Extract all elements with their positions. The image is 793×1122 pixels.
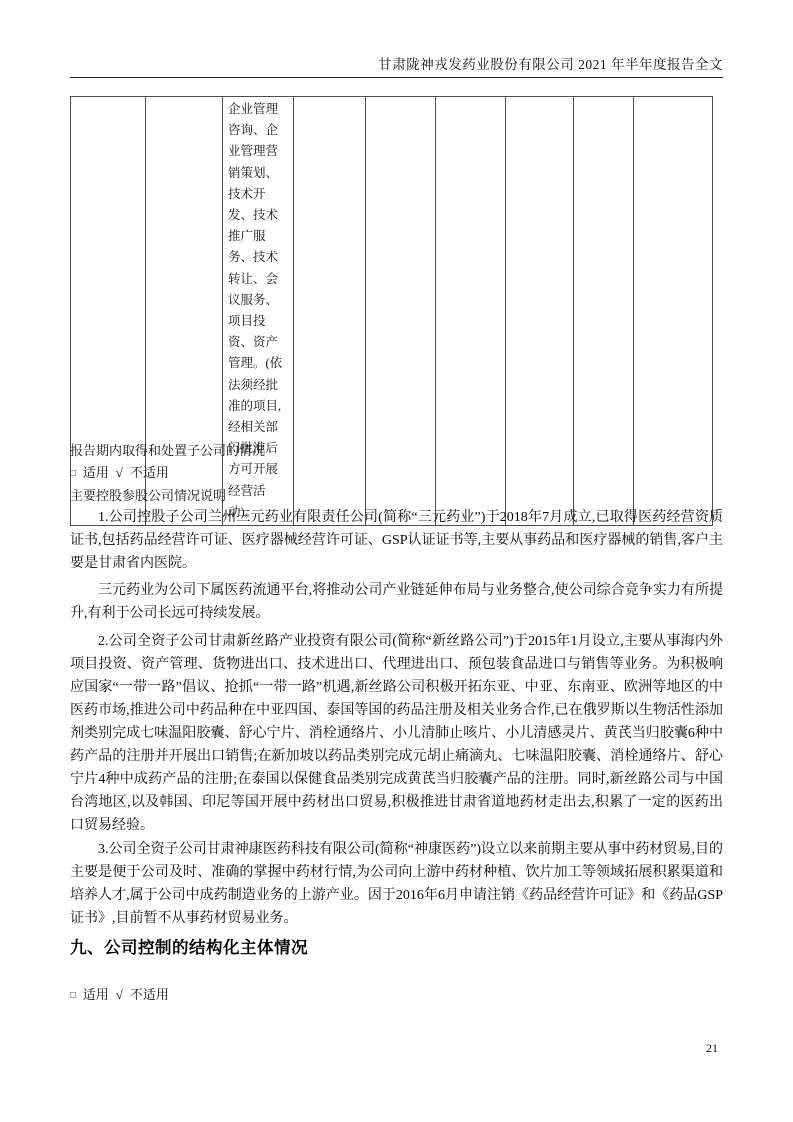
checkbox-icon: □ [70, 469, 76, 479]
acquisition-disposal-title: 报告期内取得和处置子公司的情况 [70, 440, 723, 459]
applicable-label: 适用 [83, 462, 109, 481]
paragraph-new-silkroad: 2.公司全资子公司甘肃新丝路产业投资有限公司(简称“新丝路公司”)于2015年1… [70, 630, 723, 837]
check-mark-icon: √ [116, 987, 123, 1003]
section-nine-heading: 九、公司控制的结构化主体情况 [70, 934, 723, 958]
checkbox-icon: □ [70, 991, 76, 1001]
report-page: 甘肃陇神戎发药业股份有限公司 2021 年半年度报告全文 企业管理咨询、企业管理… [0, 0, 793, 1122]
applicable-label: 适用 [83, 984, 109, 1003]
paragraph-sanyuan-intro: 1.公司控股子公司兰州三元药业有限责任公司(简称“三元药业”)于2018年7月成… [70, 506, 723, 575]
header-rule [70, 77, 723, 78]
report-header-title: 甘肃陇神戎发药业股份有限公司 2021 年半年度报告全文 [70, 53, 723, 73]
not-applicable-label: 不适用 [130, 984, 169, 1003]
applicability-line: □ 适用 √ 不适用 [70, 462, 723, 481]
paragraph-shenkang: 3.公司全资子公司甘肃神康医药科技有限公司(简称“神康医药”)设立以来前期主要从… [70, 838, 723, 930]
holdings-note-title: 主要控股参股公司情况说明 [70, 485, 723, 504]
applicability-line-2: □ 适用 √ 不适用 [70, 984, 723, 1003]
paragraph-sanyuan-platform: 三元药业为公司下属医药流通平台,将推动公司产业链延伸布局与业务整合,使公司综合竞… [70, 579, 723, 625]
check-mark-icon: √ [116, 465, 123, 481]
not-applicable-label: 不适用 [130, 462, 169, 481]
page-number: 21 [697, 1041, 727, 1056]
